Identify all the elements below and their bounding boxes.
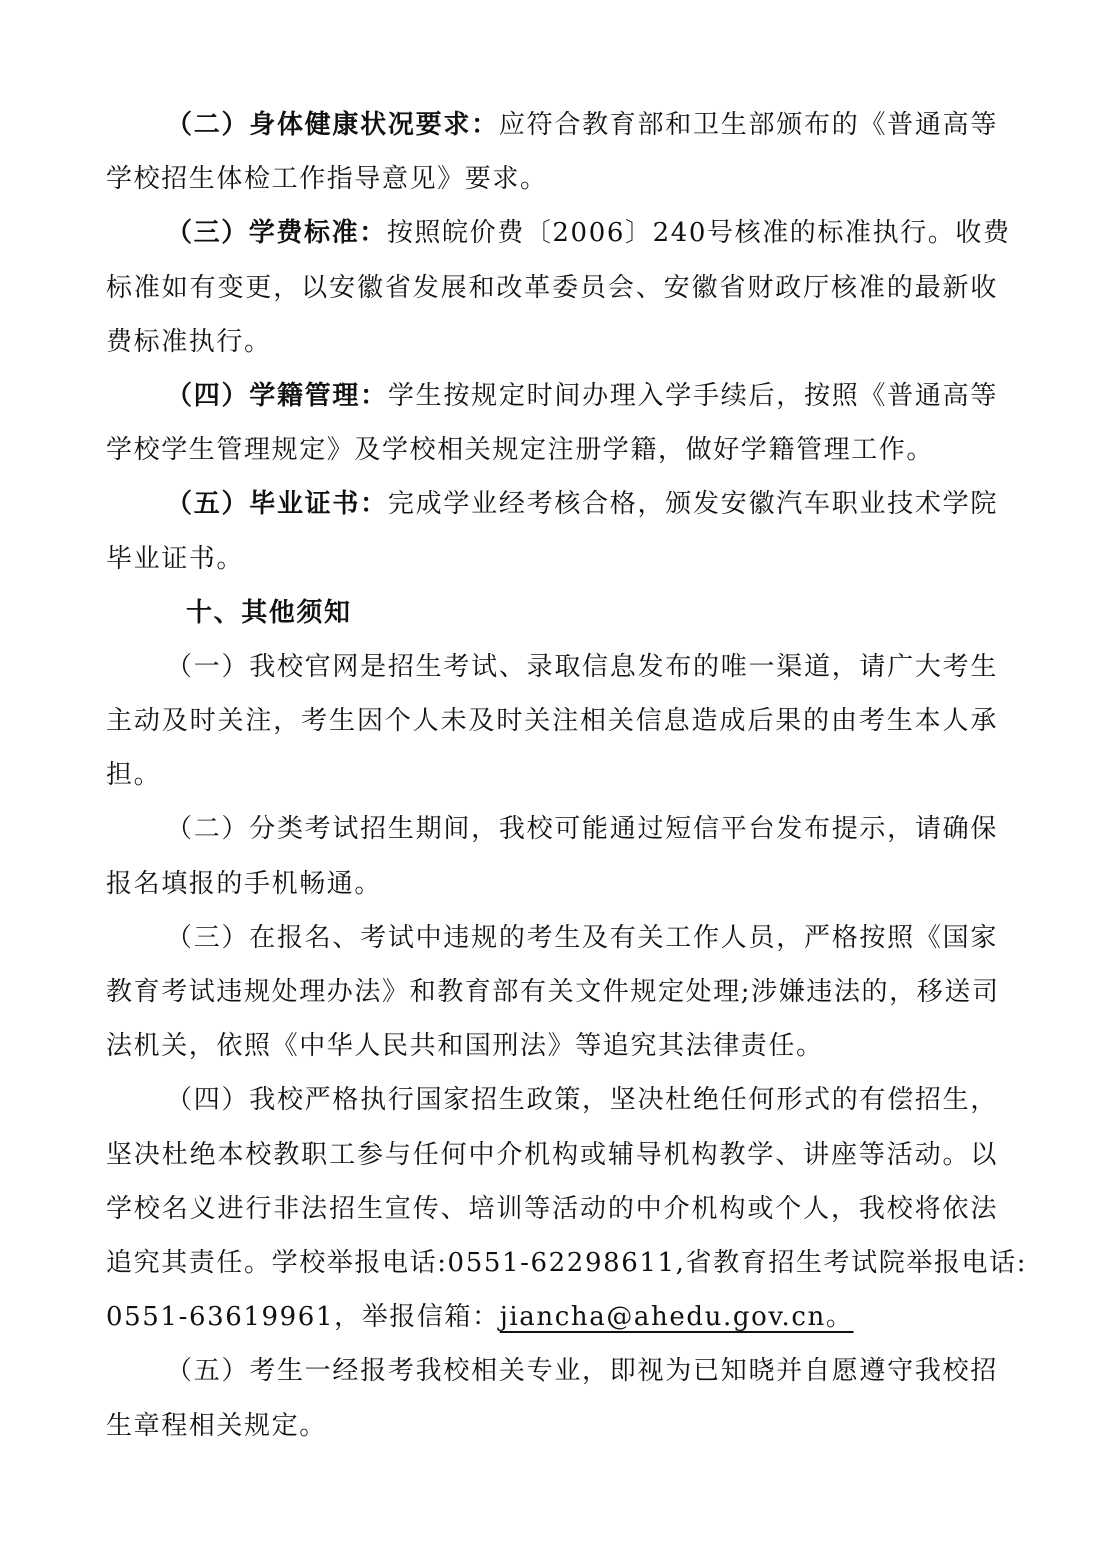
notice-1-line-1: （一）我校官网是招生考试、录取信息发布的唯一渠道，请广大考生 xyxy=(106,640,998,694)
enrollment-label: （四）学籍管理： xyxy=(166,381,388,411)
notice-4-line-4: 追究其责任。学校举报电话:0551-62298611,省教育招生考试院举报电话: xyxy=(106,1236,998,1290)
health-requirement-line-1: （二）身体健康状况要求：应符合教育部和卫生部颁布的《普通高等 xyxy=(106,98,998,152)
tuition-label: （三）学费标准： xyxy=(166,218,387,248)
notice-2-line-1: （二）分类考试招生期间，我校可能通过短信平台发布提示，请确保 xyxy=(106,802,998,856)
enrollment-line-1: （四）学籍管理：学生按规定时间办理入学手续后，按照《普通高等 xyxy=(106,369,998,423)
notice-4-line-1: （四）我校严格执行国家招生政策，坚决杜绝任何形式的有偿招生， xyxy=(106,1073,998,1127)
tuition-line-1: （三）学费标准：按照皖价费〔2006〕240号核准的标准执行。收费 xyxy=(106,206,998,260)
diploma-line-2: 毕业证书。 xyxy=(106,532,998,586)
health-requirement-line-2: 学校招生体检工作指导意见》要求。 xyxy=(106,152,998,206)
notice-3-line-3: 法机关，依照《中华人民共和国刑法》等追究其法律责任。 xyxy=(106,1019,998,1073)
document-page: （二）身体健康状况要求：应符合教育部和卫生部颁布的《普通高等 学校招生体检工作指… xyxy=(106,98,998,1453)
tuition-line-3: 费标准执行。 xyxy=(106,315,998,369)
notice-5-line-2: 生章程相关规定。 xyxy=(106,1399,998,1453)
notice-1-line-3: 担。 xyxy=(106,748,998,802)
notice-4-line-3: 学校名义进行非法招生宣传、培训等活动的中介机构或个人，我校将依法 xyxy=(106,1182,998,1236)
report-email-link[interactable]: jiancha@ahedu.gov.cn。 xyxy=(500,1302,854,1332)
diploma-label: （五）毕业证书： xyxy=(166,489,388,519)
notice-3-line-2: 教育考试违规处理办法》和教育部有关文件规定处理;涉嫌违法的，移送司 xyxy=(106,965,998,1019)
notice-4-line-2: 坚决杜绝本校教职工参与任何中介机构或辅导机构教学、讲座等活动。以 xyxy=(106,1128,998,1182)
diploma-line-1: （五）毕业证书：完成学业经考核合格，颁发安徽汽车职业技术学院 xyxy=(106,477,998,531)
notice-2-line-2: 报名填报的手机畅通。 xyxy=(106,857,998,911)
enrollment-line-2: 学校学生管理规定》及学校相关规定注册学籍，做好学籍管理工作。 xyxy=(106,423,998,477)
notice-1-line-2: 主动及时关注，考生因个人未及时关注相关信息造成后果的由考生本人承 xyxy=(106,694,998,748)
tuition-line-2: 标准如有变更，以安徽省发展和改革委员会、安徽省财政厅核准的最新收 xyxy=(106,261,998,315)
health-requirement-label: （二）身体健康状况要求： xyxy=(166,110,499,140)
notice-4-line-5: 0551-63619961，举报信箱：jiancha@ahedu.gov.cn。 xyxy=(106,1290,998,1344)
notice-3-line-1: （三）在报名、考试中违规的考生及有关工作人员，严格按照《国家 xyxy=(106,911,998,965)
notice-5-line-1: （五）考生一经报考我校相关专业，即视为已知晓并自愿遵守我校招 xyxy=(106,1344,998,1398)
report-hotline-text: 0551-63619961，举报信箱： xyxy=(106,1302,500,1332)
section-heading-other-notices: 十、其他须知 xyxy=(106,586,998,640)
